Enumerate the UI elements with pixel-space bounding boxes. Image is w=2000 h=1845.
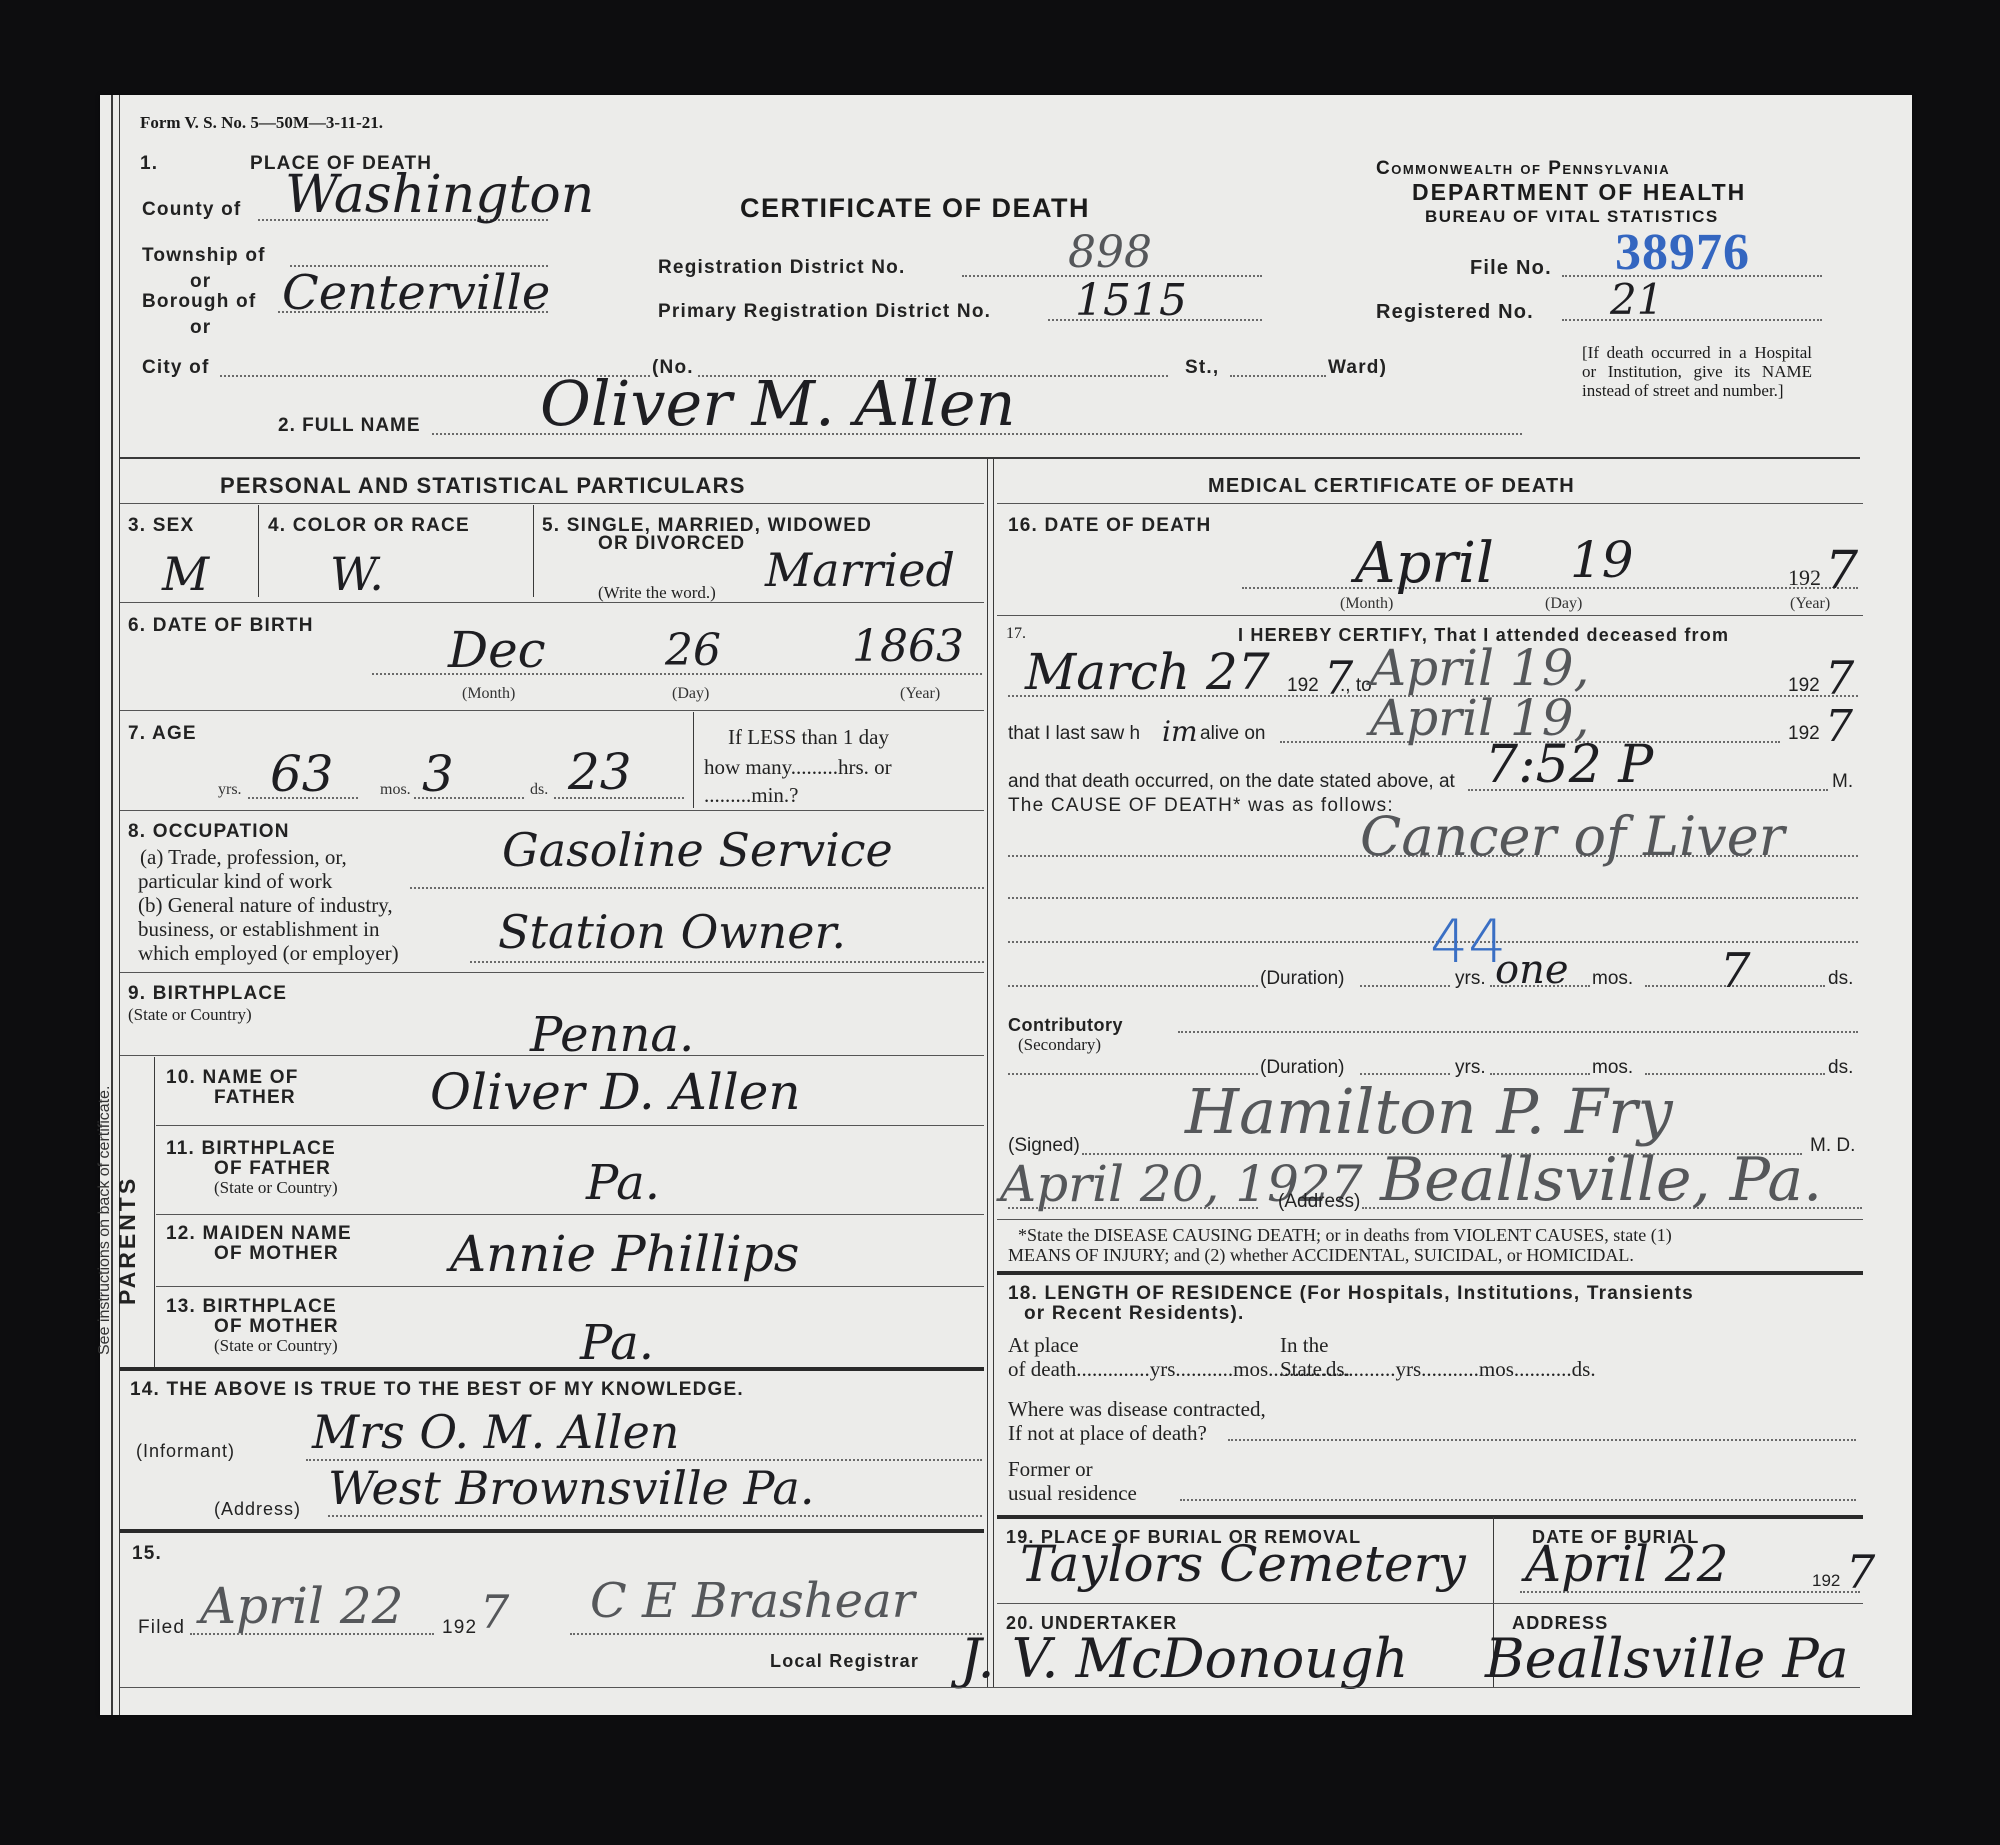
burial-place-value: Taylors Cemetery [1020, 1535, 1466, 1593]
medical-heading: MEDICAL CERTIFICATE OF DEATH [1208, 475, 1575, 498]
marital-label-line2: OR DIVORCED [598, 533, 745, 555]
dod-label: 16. DATE OF DEATH [1008, 515, 1211, 537]
duration-mos-caption: mos. [1592, 968, 1633, 990]
mother-birthplace-label-line2: OF MOTHER [214, 1316, 339, 1338]
or-label-1: or [190, 271, 211, 293]
age-days: 23 [568, 743, 632, 801]
attended-from-year-prefix: 192 [1287, 675, 1319, 697]
disease-contracted-label-line1: Where was disease contracted, [1008, 1397, 1266, 1422]
occupation-b-line3: which employed (or employer) [138, 941, 399, 966]
occupation-b-line2: business, or establishment in [138, 917, 379, 942]
occupation-b-value: Station Owner. [498, 905, 846, 959]
informant-label: (Informant) [136, 1441, 235, 1462]
informant-address-label: (Address) [214, 1499, 301, 1520]
attended-to-year-prefix: 192 [1788, 675, 1820, 697]
less-than-day-line3: .........min.? [704, 783, 799, 808]
father-name-label-line1: 10. NAME OF [166, 1067, 299, 1089]
former-residence-label-line1: Former or [1008, 1457, 1093, 1482]
last-saw-year-suffix: 7 [1825, 701, 1853, 752]
full-name-value: Oliver M. Allen [540, 367, 1016, 440]
less-than-day-line2: how many.........hrs. or [704, 755, 892, 780]
physician-address-value: Beallsville, Pa. [1380, 1145, 1822, 1215]
dob-month-caption: (Month) [462, 685, 515, 703]
full-name-label: 2. FULL NAME [278, 415, 421, 437]
column-divider-1 [987, 457, 988, 1687]
age-months: 3 [422, 745, 454, 803]
contributory-label: Contributory [1008, 1015, 1123, 1036]
informant-statement: 14. THE ABOVE IS TRUE TO THE BEST OF MY … [130, 1379, 744, 1401]
burial-date-value: April 22 [1525, 1535, 1729, 1593]
cause-label: The CAUSE OF DEATH* was as follows: [1008, 795, 1394, 817]
cause-footnote-line1: *State the DISEASE CAUSING DEATH; or in … [1018, 1225, 1672, 1246]
dob-year-caption: (Year) [900, 685, 940, 703]
duration-label: (Duration) [1260, 968, 1344, 990]
age-label: 7. AGE [128, 723, 197, 745]
undertaker-value: J. V. McDonough [960, 1627, 1408, 1690]
race-value: W. [330, 547, 384, 601]
personal-heading: PERSONAL AND STATISTICAL PARTICULARS [220, 473, 746, 499]
registration-district-value: 898 [1068, 227, 1152, 278]
at-place-label: At place [1008, 1333, 1079, 1358]
filing-section-num: 15. [132, 1543, 162, 1565]
disease-contracted-label-line2: If not at place of death? [1008, 1421, 1207, 1446]
birthplace-label: 9. BIRTHPLACE [128, 983, 287, 1005]
sex-label: 3. SEX [128, 515, 194, 537]
father-birthplace-label-line2: OF FATHER [214, 1158, 331, 1180]
father-birthplace-hint: (State or Country) [214, 1178, 338, 1198]
dob-label: 6. DATE OF BIRTH [128, 615, 314, 637]
occupation-a-value: Gasoline Service [502, 823, 893, 877]
age-ds-caption: ds. [530, 781, 548, 799]
registered-no-value: 21 [1610, 275, 1663, 324]
marital-hint: (Write the word.) [598, 583, 716, 603]
or-label-2: or [190, 317, 211, 339]
left-border-outer [111, 95, 113, 1715]
dob-day: 26 [665, 625, 721, 676]
file-no-stamp: 38976 [1615, 223, 1750, 282]
undertaker-address-value: Beallsville Pa [1485, 1627, 1849, 1690]
former-residence-label-line2: usual residence [1008, 1481, 1137, 1506]
dob-day-caption: (Day) [672, 685, 709, 703]
place-of-death-section-num: 1. [140, 153, 158, 175]
death-time-value: 7:52 P [1485, 735, 1653, 795]
age-years: 63 [270, 745, 334, 803]
dod-year-suffix: 7 [1825, 541, 1858, 601]
race-label: 4. COLOR OR RACE [268, 515, 470, 537]
last-saw-pronoun: im [1162, 715, 1198, 748]
duration-days: 7 [1720, 943, 1751, 999]
issuer-department: DEPARTMENT OF HEALTH [1412, 179, 1746, 206]
signed-label: (Signed) [1008, 1135, 1080, 1157]
burial-year-suffix: 7 [1846, 1545, 1875, 1599]
street-label: St., [1185, 357, 1219, 379]
father-birthplace-value: Pa. [586, 1155, 660, 1211]
last-saw-year-prefix: 192 [1788, 723, 1820, 745]
birthplace-hint: (State or Country) [128, 1005, 252, 1025]
father-birthplace-label-line1: 11. BIRTHPLACE [166, 1138, 336, 1160]
county-label: County of [142, 199, 241, 221]
dod-day-caption: (Day) [1545, 595, 1582, 613]
age-mos-caption: mos. [380, 781, 411, 799]
father-name-label-line2: FATHER [214, 1087, 296, 1109]
primary-district-value: 1515 [1075, 275, 1187, 326]
city-label: City of [142, 357, 210, 379]
attended-to-year-suffix: 7 [1825, 651, 1854, 705]
burial-year-prefix: 192 [1812, 1571, 1840, 1591]
mother-name-value: Annie Phillips [450, 1225, 799, 1283]
occupation-a-line1: (a) Trade, profession, or, [140, 845, 347, 870]
mother-birthplace-hint: (State or Country) [214, 1336, 338, 1356]
death-certificate: See instructions on back of certificate.… [100, 95, 1912, 1715]
alive-on-label: alive on [1200, 723, 1266, 745]
dob-month: Dec [448, 621, 546, 679]
residence-heading-line2: or Recent Residents). [1024, 1303, 1245, 1325]
marital-value: Married [765, 543, 955, 597]
mother-birthplace-label-line1: 13. BIRTHPLACE [166, 1296, 337, 1318]
dod-day: 19 [1570, 531, 1634, 589]
cause-value: Cancer of Liver [1360, 805, 1785, 868]
dob-year: 1863 [852, 621, 964, 672]
occupation-a-line2: particular kind of work [138, 869, 332, 894]
form-number: Form V. S. No. 5—50M—3-11-21. [140, 113, 383, 133]
filed-year-suffix: 7 [480, 1585, 509, 1639]
less-than-day-line1: If LESS than 1 day [728, 725, 889, 750]
ward-label: Ward) [1328, 357, 1387, 379]
registrar-signature: C E Brashear [590, 1573, 915, 1629]
registered-no-label: Registered No. [1376, 301, 1534, 324]
duration-ds-caption: ds. [1828, 968, 1853, 990]
dod-year-prefix: 192 [1788, 565, 1821, 591]
township-label: Township of [142, 245, 266, 267]
to-label: ., to [1340, 675, 1372, 697]
death-time-m-label: M. [1832, 771, 1853, 793]
dod-month-caption: (Month) [1340, 595, 1393, 613]
registrar-label: Local Registrar [770, 1651, 919, 1672]
registration-district-label: Registration District No. [658, 257, 905, 279]
informant-value: Mrs O. M. Allen [312, 1405, 679, 1459]
in-state-label: In the [1280, 1333, 1328, 1358]
filed-year-prefix: 192 [442, 1617, 477, 1639]
mother-name-label-line1: 12. MAIDEN NAME [166, 1223, 352, 1245]
cause-footnote-line2: MEANS OF INJURY; and (2) whether ACCIDEN… [1008, 1245, 1634, 1266]
last-saw-label: that I last saw h [1008, 723, 1140, 745]
borough-label: Borough of [142, 291, 256, 313]
mother-birthplace-value: Pa. [580, 1315, 654, 1371]
contributory-hint: (Secondary) [1018, 1035, 1101, 1055]
left-border-inner [119, 95, 120, 1715]
cert-section-num: 17. [1006, 625, 1026, 643]
physician-address-label: (Address) [1278, 1191, 1360, 1213]
sex-value: M [162, 547, 209, 601]
file-no-label: File No. [1470, 257, 1552, 280]
county-value: Washington [285, 165, 594, 225]
in-state-duration: State..............yrs...........mos....… [1280, 1357, 1596, 1382]
physician-signature: Hamilton P. Fry [1185, 1075, 1673, 1148]
primary-district-label: Primary Registration District No. [658, 301, 991, 323]
filed-label: Filed [138, 1617, 185, 1639]
mother-name-label-line2: OF MOTHER [214, 1243, 339, 1265]
duration-months: one [1495, 947, 1569, 993]
occupation-b-line1: (b) General nature of industry, [138, 893, 393, 918]
death-time-label: and that death occurred, on the date sta… [1008, 771, 1455, 793]
residence-heading-line1: 18. LENGTH OF RESIDENCE (For Hospitals, … [1008, 1283, 1694, 1305]
dod-year-caption: (Year) [1790, 595, 1830, 613]
borough-value: Centerville [282, 265, 550, 321]
issuer-commonwealth: Commonwealth of Pennsylvania [1376, 158, 1670, 180]
attended-from: March 27 [1025, 643, 1270, 701]
hospital-note: [If death occurred in a Hospital or Inst… [1582, 343, 1812, 400]
contributory-ds-caption: ds. [1828, 1057, 1853, 1079]
occupation-label: 8. OCCUPATION [128, 821, 290, 843]
certificate-title: CERTIFICATE OF DEATH [740, 193, 1090, 224]
filed-date-value: April 22 [200, 1577, 404, 1635]
informant-address-value: West Brownsville Pa. [328, 1461, 814, 1515]
dod-month: April [1355, 531, 1494, 596]
duration-yrs-caption: yrs. [1455, 968, 1486, 990]
margin-note: See instructions on back of certificate. [96, 1086, 114, 1355]
age-yrs-caption: yrs. [218, 781, 242, 799]
parents-side-label: PARENTS [114, 1176, 141, 1305]
column-divider-2 [993, 457, 994, 1687]
father-name-value: Oliver D. Allen [430, 1063, 801, 1121]
